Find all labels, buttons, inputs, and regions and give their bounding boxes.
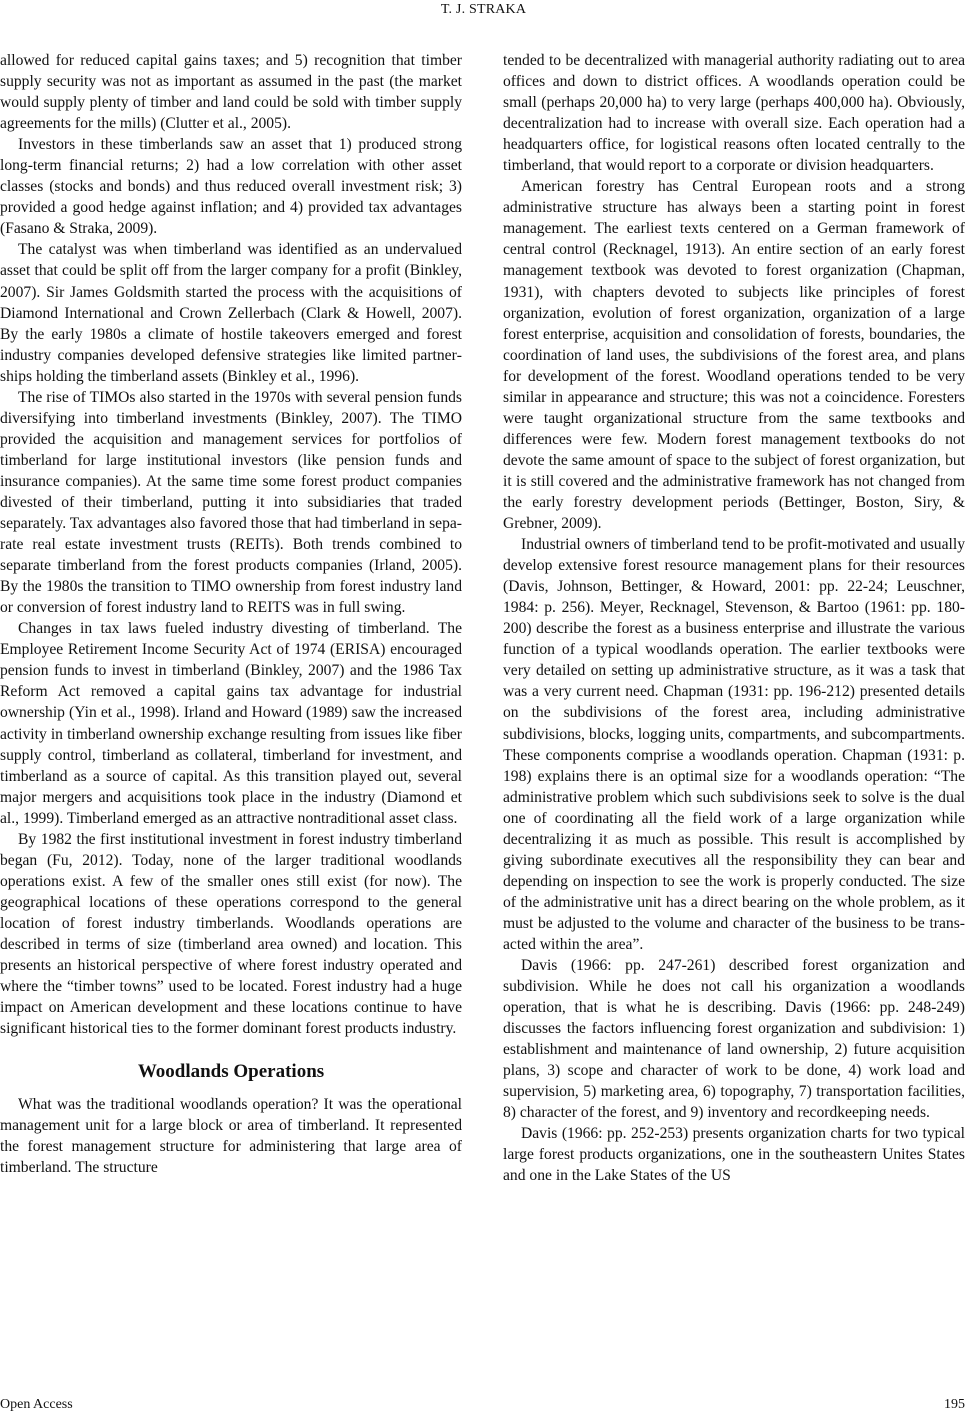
paragraph: tended to be decentralized with manageri… (503, 50, 965, 176)
right-column: tended to be decentralized with manageri… (503, 50, 965, 1187)
paragraph: By 1982 the first institutional investme… (0, 829, 462, 1039)
paragraph: Industrial owners of timberland tend to … (503, 534, 965, 955)
page-number: 195 (944, 1397, 965, 1413)
running-head: T. J. STRAKA (0, 2, 967, 18)
paragraph: allowed for reduced capital gains taxes;… (0, 50, 462, 134)
paragraph: The rise of TIMOs also started in the 19… (0, 387, 462, 619)
paragraph: The catalyst was when timberland was ide… (0, 239, 462, 386)
section-heading: Woodlands Operations (0, 1060, 462, 1084)
left-column: allowed for reduced capital gains taxes;… (0, 50, 462, 1178)
paragraph: Davis (1966: pp. 252-253) presents organ… (503, 1123, 965, 1186)
paragraph: What was the traditional woodlands opera… (0, 1094, 462, 1178)
paragraph: Davis (1966: pp. 247-261) described fore… (503, 955, 965, 1123)
paragraph: Changes in tax laws fueled industry dive… (0, 618, 462, 828)
footer-open-access: Open Access (0, 1397, 73, 1413)
paragraph: Investors in these timberlands saw an as… (0, 134, 462, 239)
paragraph: American forestry has Central European r… (503, 176, 965, 534)
